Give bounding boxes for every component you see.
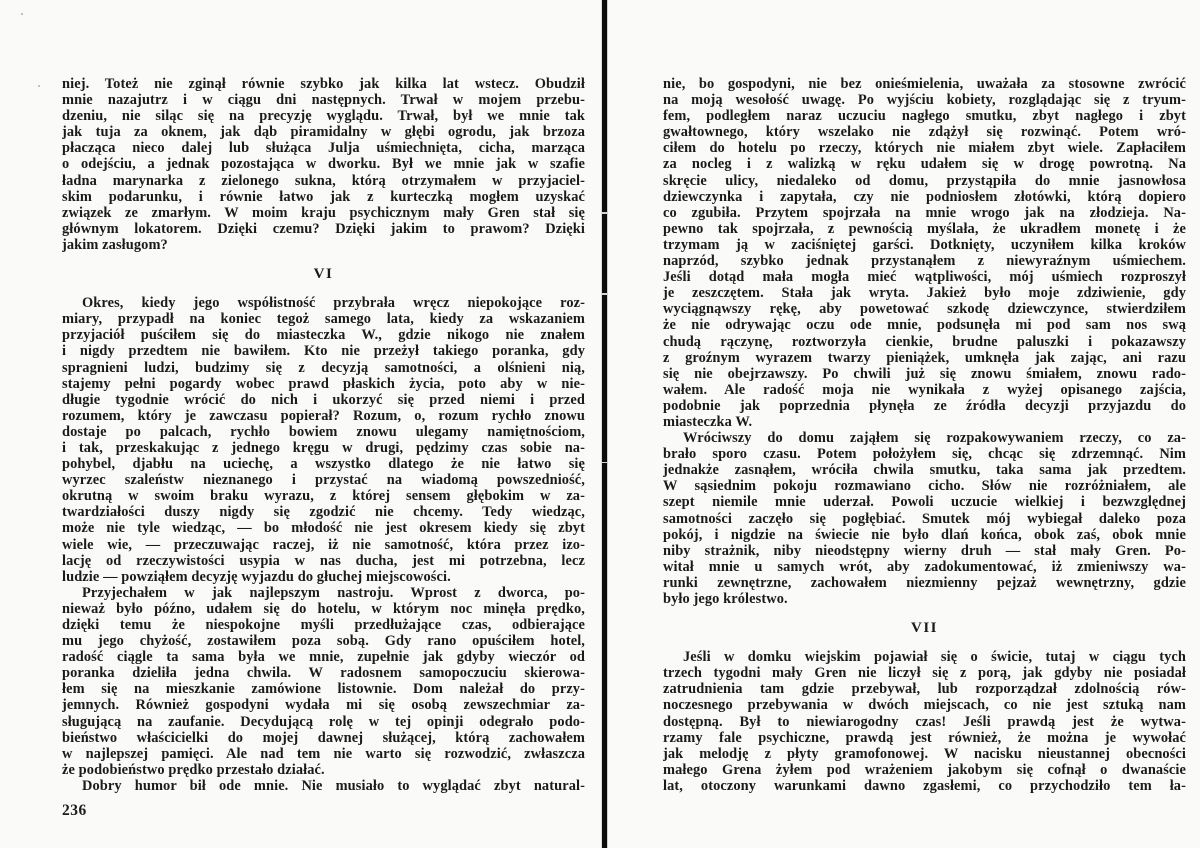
text-line: W sąsiednim pokoju rozmawiano cicho. Słó… xyxy=(663,478,1186,494)
scan-speck xyxy=(38,85,40,87)
text-line: lat, otoczony warunkami dawno zgasłemi, … xyxy=(663,778,1186,794)
text-line: o odejściu, a jednak pozostająca w dwork… xyxy=(62,156,585,172)
text-line: ciłem do hotelu po rzeczy, których nie m… xyxy=(663,140,1186,156)
text-line: przyjaciół puściłem się do miasteczka W.… xyxy=(62,327,585,343)
text-line: sługującą na zaufanie. Decydującą rolę w… xyxy=(62,714,585,730)
text-line: wyciągnąwszy rękę, aby powetować szkodę … xyxy=(663,301,1186,317)
scanned-book-spread: { "colors": { "paper": "#fafaf8", "ink":… xyxy=(0,0,1200,848)
text-line: było jego królestwo. xyxy=(663,591,1186,607)
text-line: szept niemile mnie uderzał. Powoli uczuc… xyxy=(663,494,1186,510)
text-line: twardziałości duszy nigdy się zgodzić ni… xyxy=(62,504,585,520)
text-line: niej. Toteż nie zginął równie szybko jak… xyxy=(62,76,585,92)
text-line: stajemy pełni pogardy wobec prawd płaski… xyxy=(62,376,585,392)
text-line: poranka dzieliła jedna chwila. W radosne… xyxy=(62,665,585,681)
text-line: je zeszczętem. Stała jak wryta. Jakież b… xyxy=(663,285,1186,301)
text-line: na moją wesołość uwagę. Po wyjściu kobie… xyxy=(663,92,1186,108)
text-line: Okres, kiedy jego współistność przybrała… xyxy=(62,295,585,311)
text-line: mnie nazajutrz i w ciągu dni następnych.… xyxy=(62,92,585,108)
text-line: pokój, i nigdzie na świecie nie było dla… xyxy=(663,527,1186,543)
text-line: okrutną w swoim braku wyrazu, z której s… xyxy=(62,488,585,504)
text-line: wiele wie, — przeczuwając raczej, iż nie… xyxy=(62,537,585,553)
text-line: i nigdy przedtem nie bawiłem. Kto nie pr… xyxy=(62,343,585,359)
paragraph: Okres, kiedy jego współistność przybrała… xyxy=(62,295,585,585)
paragraph: nie, bo gospodyni, nie bez onieśmielenia… xyxy=(663,76,1186,430)
text-line: jak tuja za oknem, jak dąb piramidalny w… xyxy=(62,124,585,140)
gutter-notch xyxy=(602,212,607,214)
page-left-text-column: niej. Toteż nie zginął równie szybko jak… xyxy=(62,76,585,794)
page-right-text-column: nie, bo gospodyni, nie bez onieśmielenia… xyxy=(663,76,1186,794)
text-line: rozumem, który je zawczasu popierał? Roz… xyxy=(62,408,585,424)
text-line: za nocleg i z walizką w ręku udałem się … xyxy=(663,156,1186,172)
paragraph: Dobry humor bił ode mnie. Nie musiało to… xyxy=(62,778,585,794)
text-line: spragnieni ludzi, budzimy się z decyzją … xyxy=(62,360,585,376)
section-heading: VI xyxy=(62,266,585,282)
text-line: się nie obejrzawszy. Po chwili już się z… xyxy=(663,366,1186,382)
page-left: niej. Toteż nie zginął równie szybko jak… xyxy=(0,0,601,848)
text-line: w najlepszej pamięci. Ale nad tem nie wa… xyxy=(62,746,585,762)
text-line: dzięki temu że niespokojne myśli przedłu… xyxy=(62,617,585,633)
text-line: łem się na mieszkanie zamówione listowni… xyxy=(62,681,585,697)
paragraph: niej. Toteż nie zginął równie szybko jak… xyxy=(62,76,585,253)
page-number-left: 236 xyxy=(62,802,87,820)
text-line: zatrudnienia tam gdzie przebywał, lub ro… xyxy=(663,681,1186,697)
text-line: rzamy fale psychiczne, prawdą jest równi… xyxy=(663,730,1186,746)
paragraph: Przyjechałem w jak najlepszym nastroju. … xyxy=(62,585,585,778)
text-line: Jeśli w domku wiejskim pojawiał się o św… xyxy=(663,649,1186,665)
text-line: lację od rzeczywistości usypia w nas duc… xyxy=(62,553,585,569)
text-line: niby strażnik, niby nieodstępny wierny d… xyxy=(663,543,1186,559)
text-line: samotności zaczęło się pogłębiać. Smutek… xyxy=(663,511,1186,527)
scan-speck xyxy=(21,13,23,15)
text-line: głównym lokatorem. Dzięki czemu? Dzięki … xyxy=(62,221,585,237)
text-line: nieważ było późno, udałem się do hotelu,… xyxy=(62,601,585,617)
text-line: fem, podległem naraz uczuciu nagłego smu… xyxy=(663,108,1186,124)
page-right: nie, bo gospodyni, nie bez onieśmielenia… xyxy=(609,0,1200,848)
text-line: brało sporo czasu. Potem położyłem się, … xyxy=(663,446,1186,462)
text-line: gwałtownego, który wszelako nie zdążył s… xyxy=(663,124,1186,140)
text-line: podobnie jak poprzednia płynęła ze źródł… xyxy=(663,398,1186,414)
text-line: i tak, przeskakując z jednego kręgu w dr… xyxy=(62,440,585,456)
text-line: ludzie — powziąłem decyzję wyjazdu do gł… xyxy=(62,569,585,585)
paragraph: Wróciwszy do domu zająłem się rozpakowyw… xyxy=(663,430,1186,607)
text-line: jakim zasługom? xyxy=(62,237,585,253)
text-line: nie, bo gospodyni, nie bez onieśmielenia… xyxy=(663,76,1186,92)
text-line: skręcie ulicy, niedaleko od domu, przyst… xyxy=(663,173,1186,189)
text-line: miary, przypadł na koniec tegoż samego l… xyxy=(62,311,585,327)
text-line: skim podarunku, i równie łatwo jak z kur… xyxy=(62,189,585,205)
text-line: Przyjechałem w jak najlepszym nastroju. … xyxy=(62,585,585,601)
text-line: dzeniu, nie siląc się na precyzję wygląd… xyxy=(62,108,585,124)
gutter-notch xyxy=(602,462,607,463)
text-line: jednakże zasnąłem, wróciła chwila smutku… xyxy=(663,462,1186,478)
text-line: jak melodję z płyty gramofonowej. W naci… xyxy=(663,746,1186,762)
text-line: małego Grena żyłem pod wrażeniem jakobym… xyxy=(663,762,1186,778)
text-line: związek ze zmarłym. W moim kraju psychic… xyxy=(62,205,585,221)
text-line: Wróciwszy do domu zająłem się rozpakowyw… xyxy=(663,430,1186,446)
text-line: płacząca nieco dalej lub służąca Julja u… xyxy=(62,140,585,156)
text-line: naprzód, szybko jednak przystanąłem z ni… xyxy=(663,253,1186,269)
text-line: wałem. Ale radość moja nie wynikała z wy… xyxy=(663,382,1186,398)
text-line: dostępną. Był to niewiarogodny czas! Jeś… xyxy=(663,714,1186,730)
text-line: że podobieństwo prędko przestało działać… xyxy=(62,762,585,778)
text-line: chudą rączynę, roztworzyła cienkie, brud… xyxy=(663,334,1186,350)
text-line: dostaje po palcach, rychło bowiem znowu … xyxy=(62,424,585,440)
text-line: ładna marynarka z zielonego sukna, którą… xyxy=(62,173,585,189)
text-line: trzech tygodni mały Gren nie liczył się … xyxy=(663,665,1186,681)
section-heading: VII xyxy=(663,620,1186,636)
text-line: dziewczynka i zapytała, czy nie podniosł… xyxy=(663,189,1186,205)
paragraph: Jeśli w domku wiejskim pojawiał się o św… xyxy=(663,649,1186,794)
text-line: że nie odrywając oczu ode mnie, podsunęł… xyxy=(663,317,1186,333)
book-gutter-line xyxy=(602,0,607,848)
text-line: Jeśli dotąd mała mogła mieć wątpliwości,… xyxy=(663,269,1186,285)
text-line: z groźnym wyrazem twarzy pieniążek, umkn… xyxy=(663,350,1186,366)
scan-speck xyxy=(1128,132,1129,133)
text-line: może nie tyle wiedząc, — bo młodość nie … xyxy=(62,520,585,536)
text-line: pewno tak spojrzała, z pewnością myślała… xyxy=(663,221,1186,237)
text-line: co zgubiła. Przytem spojrzała na mnie wr… xyxy=(663,205,1186,221)
text-line: witał mnie u samych wrót, aby zadokument… xyxy=(663,559,1186,575)
text-line: noczesnego przebywania w dwóch miejscach… xyxy=(663,697,1186,713)
text-line: trzymam ją w zaciśniętej garści. Dotknię… xyxy=(663,237,1186,253)
text-line: mu jego chyżość, zostawiłem poza sobą. G… xyxy=(62,633,585,649)
gutter-notch xyxy=(602,293,607,295)
text-line: runki zewnętrzne, zachowałem niezmienny … xyxy=(663,575,1186,591)
text-line: wyrzec szaleństw nieznanego i przystać n… xyxy=(62,472,585,488)
text-line: miasteczka W. xyxy=(663,414,1186,430)
text-line: Dobry humor bił ode mnie. Nie musiało to… xyxy=(62,778,585,794)
text-line: radość ciągle ta sama była we mnie, zupe… xyxy=(62,649,585,665)
text-line: jemnych. Również gospodyni wydała mi się… xyxy=(62,697,585,713)
text-line: pohybel, djabłu na uciechę, a wszystko d… xyxy=(62,456,585,472)
text-line: długie tygodnie wrócić do nich i ukorzyć… xyxy=(62,392,585,408)
text-line: bieństwo właścicielki do mojej dawnej sł… xyxy=(62,730,585,746)
